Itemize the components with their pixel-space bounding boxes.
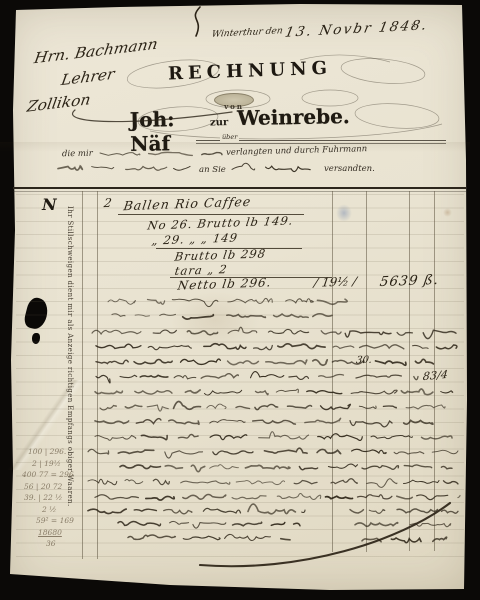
- entry-row-4: tara „ 2: [174, 262, 229, 278]
- entry-rate: / 19½ /: [313, 274, 358, 289]
- pencil-line: 39. | 22 ½: [24, 492, 74, 504]
- pencil-line: 56 | 20 72: [24, 481, 74, 493]
- table-top-rule-thin: [13, 191, 466, 192]
- merchant-last: Weinrebe.: [237, 104, 350, 130]
- pencil-line: 400 77 = 296: [22, 469, 74, 481]
- pencil-calculations: 100 | 296.2 | 19½400 77 = 29656 | 20 723…: [22, 446, 74, 550]
- entry-qty: 2: [103, 196, 113, 210]
- pencil-line: 100 | 296.: [28, 446, 74, 458]
- ueber-label: über: [220, 133, 239, 141]
- column-line-margin-1: [82, 191, 83, 559]
- table-top-rule-thick: [13, 187, 466, 189]
- pencil-line: 18680: [38, 527, 74, 539]
- body-fragment-83-4: 83/4: [422, 368, 448, 383]
- margin-vertical-note: Ihr Stillschweigen dient mir als Anzeige…: [66, 206, 74, 474]
- letterhead-rule-bottom: [196, 143, 446, 144]
- pencil-line: 2 ½: [42, 504, 74, 516]
- pencil-line: 59² = 169: [36, 515, 74, 527]
- form-die-mir: die mir: [62, 149, 93, 160]
- pencil-line: 36: [46, 538, 74, 550]
- column-line-margin-2: [97, 191, 98, 559]
- photo-of-document: { "colors": { "backdrop": "#0b0907", "pa…: [0, 0, 480, 600]
- form-an-sie: an Sie: [199, 165, 226, 175]
- zur-label: zur: [210, 117, 228, 128]
- column-line-amount-2: [366, 191, 367, 552]
- entry-amount: 5639 ß.: [379, 272, 441, 290]
- column-line-amount-3: [409, 191, 410, 551]
- column-line-amount-1: [332, 191, 333, 552]
- margin-letter-n: N: [42, 195, 57, 214]
- form-versandten: versandten.: [324, 164, 375, 174]
- merchant-first: Joh: Näf: [130, 107, 202, 156]
- body-fragment-30: 30.: [355, 355, 373, 367]
- pencil-line: 2 | 19½: [32, 458, 74, 470]
